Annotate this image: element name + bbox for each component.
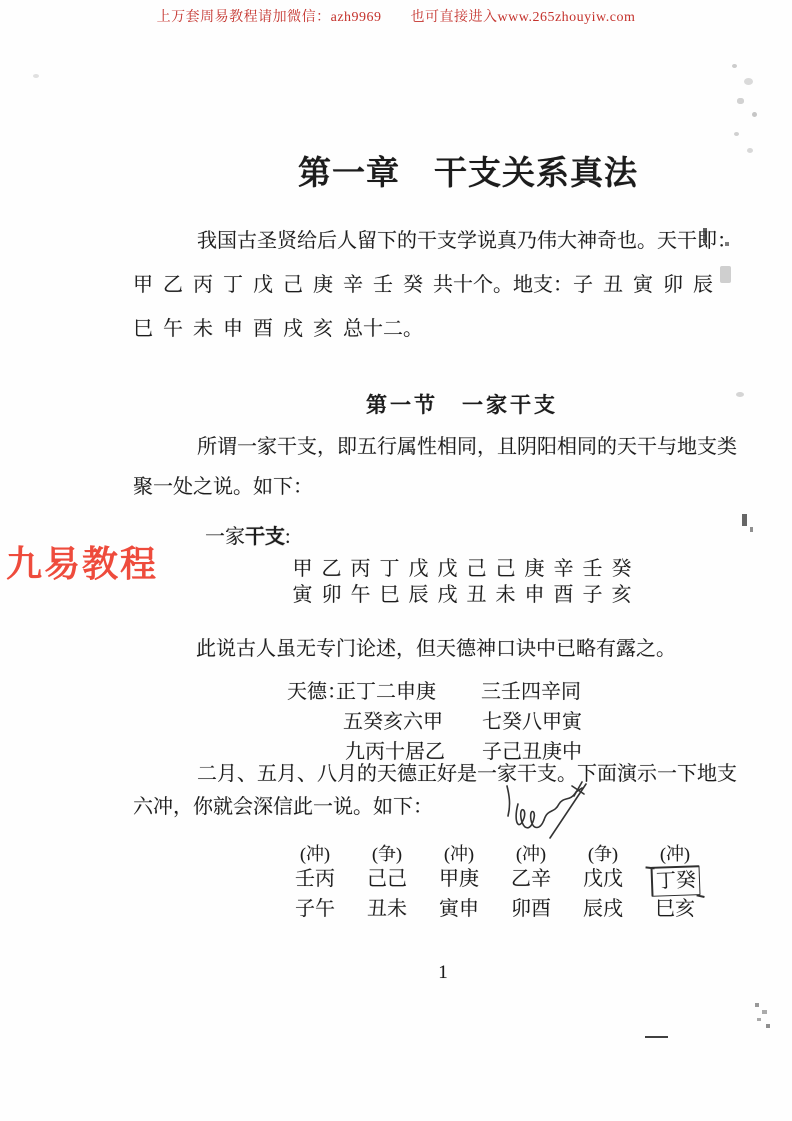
watermark-text: 九易教程 <box>6 536 158 587</box>
chong-header: (冲) <box>639 842 711 866</box>
scan-speck <box>720 266 731 283</box>
ganzhi-pair: 癸亥 <box>607 556 636 608</box>
stem-pair: 丁癸 <box>655 869 696 892</box>
chong-header: (冲) <box>423 842 495 866</box>
scan-speck <box>752 112 757 117</box>
branch: 申 <box>520 582 549 608</box>
scan-speck <box>747 148 753 153</box>
scan-speck <box>762 1010 767 1014</box>
ganzhi-pair: 壬子 <box>578 556 607 608</box>
scan-speck <box>742 514 747 526</box>
stem: 庚 <box>520 556 549 582</box>
chong-header: (冲) <box>279 842 351 866</box>
text-line: 所谓一家干支，即五行属性相同，且阴阳相同的天干与地支类 <box>133 427 733 467</box>
branch: 辰 <box>404 582 433 608</box>
paragraph-intro: 我国古圣贤给后人留下的干支学说真乃伟大神奇也。天干即： 甲 乙 丙 丁 戊 己 … <box>133 219 733 351</box>
stem: 壬 <box>578 556 607 582</box>
pen-box-annotation: 丁癸 <box>650 865 700 897</box>
stem-pair: 乙辛 <box>495 866 567 896</box>
scan-speck <box>645 1036 668 1038</box>
ganzhi-pair: 甲寅 <box>288 556 317 608</box>
stem: 癸 <box>607 556 636 582</box>
text-line: 巳 午 未 申 酉 戌 亥 总十二。 <box>133 307 733 351</box>
paragraph-definition: 所谓一家干支，即五行属性相同，且阴阳相同的天干与地支类 聚一处之说。如下： <box>133 427 733 507</box>
stem-pair: 戊戊 <box>567 866 639 896</box>
text-line: 我国古圣贤给后人留下的干支学说真乃伟大神奇也。天干即： <box>133 219 733 263</box>
section-title: 第一节 一家干支 <box>366 389 558 419</box>
stem: 己 <box>491 556 520 582</box>
text-line: 聚一处之说。如下： <box>133 467 733 507</box>
ganzhi-pair: 戊戌 <box>433 556 462 608</box>
chong-header: (冲) <box>495 842 567 866</box>
tiande-row: 天德： 正丁二申庚 三壬四辛同 <box>0 675 792 699</box>
branch-pair: 辰戌 <box>567 896 639 922</box>
stem: 戊 <box>404 556 433 582</box>
scan-speck <box>736 392 744 397</box>
branch-pair: 丑未 <box>351 896 423 922</box>
branch: 未 <box>491 582 520 608</box>
ganzhi-pair: 庚申 <box>520 556 549 608</box>
stem: 甲 <box>288 556 317 582</box>
tiande-row: 九丙十居乙 子己丑庚中 <box>0 735 792 759</box>
stem: 己 <box>462 556 491 582</box>
scan-speck <box>737 98 744 104</box>
stem: 辛 <box>549 556 578 582</box>
scan-speck <box>750 527 753 532</box>
scan-speck <box>725 242 729 246</box>
chong-header: (争) <box>567 842 639 866</box>
stem-pair: 甲庚 <box>423 866 495 896</box>
ganzhi-pair: 戊辰 <box>404 556 433 608</box>
stem-pair: 己己 <box>351 866 423 896</box>
page-number: 1 <box>0 962 792 984</box>
scan-speck <box>755 1003 759 1007</box>
branch-pair: 寅申 <box>423 896 495 922</box>
scan-speck <box>766 1024 770 1028</box>
ganzhi-pair: 己未 <box>491 556 520 608</box>
branch: 戌 <box>433 582 462 608</box>
branch-pair: 子午 <box>279 896 351 922</box>
tiande-verse: 三壬四辛同 <box>481 675 581 704</box>
text-line: 二月、五月、八月的天德正好是一家干支。下面演示一下地支 <box>133 758 733 791</box>
scan-speck <box>734 132 739 136</box>
branch: 酉 <box>549 582 578 608</box>
stem: 戊 <box>433 556 462 582</box>
liuchong-table: (冲) (争) (冲) (冲) (争) (冲) 壬丙 己己 甲庚 乙辛 戊戊 丁… <box>279 842 711 922</box>
family-ganzhi-label: 一家干支: <box>205 520 291 549</box>
scanned-page: 上万套周易教程请加微信：azh9969 也可直接进入www.265zhouyiw… <box>0 0 792 1121</box>
label-prefix: 一家 <box>205 526 245 548</box>
branch-pair: 巳亥 <box>639 896 711 922</box>
stem: 乙 <box>317 556 346 582</box>
branch: 寅 <box>288 582 317 608</box>
tiande-verse: 七癸八甲寅 <box>482 705 582 734</box>
ganzhi-pair: 丁巳 <box>375 556 404 608</box>
ganzhi-pair: 己丑 <box>462 556 491 608</box>
stem: 丁 <box>375 556 404 582</box>
stem-pair-boxed: 丁癸 <box>639 866 711 896</box>
ganzhi-pair: 乙卯 <box>317 556 346 608</box>
scan-speck <box>757 1018 761 1021</box>
ganzhi-pair: 辛酉 <box>549 556 578 608</box>
branch: 亥 <box>607 582 636 608</box>
branch: 巳 <box>375 582 404 608</box>
scan-speck <box>732 64 737 68</box>
handwritten-scribble <box>498 780 598 842</box>
text-line: 六冲，你就会深信此一说。如下： <box>133 791 733 824</box>
branch-pair: 卯酉 <box>495 896 567 922</box>
family-ganzhi-table: 甲寅 乙卯 丙午 丁巳 戊辰 戊戌 己丑 己未 庚申 辛酉 壬子 癸亥 <box>288 556 636 608</box>
branch: 丑 <box>462 582 491 608</box>
branch: 卯 <box>317 582 346 608</box>
scan-speck <box>33 74 39 78</box>
paragraph-tiande-note: 此说古人虽无专门论述，但天德神口诀中已略有露之。 <box>196 632 676 661</box>
chapter-title: 第一章 干支关系真法 <box>298 147 638 194</box>
ganzhi-pair: 丙午 <box>346 556 375 608</box>
stem: 丙 <box>346 556 375 582</box>
stem-pair: 壬丙 <box>279 866 351 896</box>
branch: 午 <box>346 582 375 608</box>
promo-header: 上万套周易教程请加微信：azh9969 也可直接进入www.265zhouyiw… <box>0 6 792 26</box>
text-line: 甲 乙 丙 丁 戊 己 庚 辛 壬 癸 共十个。地支：子 丑 寅 卯 辰 <box>133 263 733 307</box>
label-emphasis: 干支 <box>245 526 285 548</box>
tiande-verse: 正丁二申庚 <box>336 675 436 704</box>
scan-speck <box>703 228 707 243</box>
tiande-verse: 五癸亥六甲 <box>343 705 443 734</box>
branch: 子 <box>578 582 607 608</box>
label-colon: : <box>285 526 291 548</box>
tiande-row: 五癸亥六甲 七癸八甲寅 <box>0 705 792 729</box>
scan-speck <box>744 78 753 85</box>
paragraph-liuchong: 二月、五月、八月的天德正好是一家干支。下面演示一下地支 六冲，你就会深信此一说。… <box>133 758 733 824</box>
chong-header: (争) <box>351 842 423 866</box>
